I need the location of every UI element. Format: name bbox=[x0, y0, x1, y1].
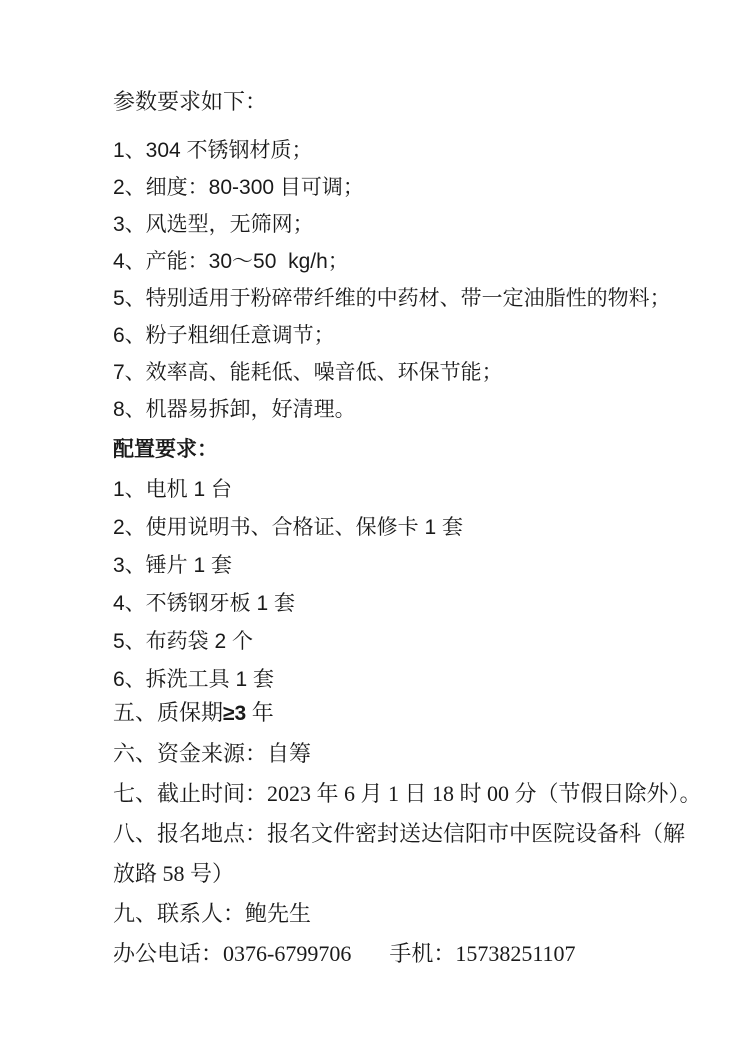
param-item-2: 2、细度：80-300 目可调； bbox=[113, 169, 672, 206]
section-clauses: 五、质保期≥3 年 六、资金来源：自筹 七、截止时间：2023 年 6 月 1 … bbox=[113, 693, 672, 974]
clause-deadline: 七、截止时间：2023 年 6 月 1 日 18 时 00 分（节假日除外）。 bbox=[113, 774, 672, 814]
config-heading: 配置要求： bbox=[113, 434, 672, 466]
params-heading: 参数要求如下： bbox=[113, 86, 672, 118]
param-item-1: 1、304 不锈钢材质； bbox=[113, 132, 672, 169]
clause-funding-source: 六、资金来源：自筹 bbox=[113, 734, 672, 774]
warranty-suffix: 年 bbox=[246, 700, 274, 725]
config-item-5: 5、布药袋 2 个 bbox=[113, 623, 672, 661]
office-phone-number: 0376-6799706 bbox=[223, 941, 351, 966]
param-item-6: 6、粉子粗细任意调节； bbox=[113, 317, 672, 354]
config-item-1: 1、电机 1 台 bbox=[113, 471, 672, 509]
config-item-3: 3、锤片 1 套 bbox=[113, 547, 672, 585]
section-configuration-requirements: 配置要求： 1、电机 1 台 2、使用说明书、合格证、保修卡 1 套 3、锤片 … bbox=[113, 434, 672, 699]
warranty-value: ≥3 bbox=[223, 702, 246, 725]
document-page: 参数要求如下： 1、304 不锈钢材质； 2、细度：80-300 目可调； 3、… bbox=[0, 0, 750, 1060]
param-item-7: 7、效率高、能耗低、噪音低、环保节能； bbox=[113, 354, 672, 391]
mobile-phone-number: 15738251107 bbox=[455, 941, 575, 966]
param-item-5: 5、特别适用于粉碎带纤维的中药材、带一定油脂性的物料； bbox=[113, 280, 672, 317]
warranty-prefix: 五、质保期 bbox=[113, 700, 223, 725]
param-item-8: 8、机器易拆卸，好清理。 bbox=[113, 391, 672, 428]
clause-registration-address-line1: 八、报名地点：报名文件密封送达信阳市中医院设备科（解 bbox=[113, 814, 672, 854]
clause-registration-address-line2: 放路 58 号） bbox=[113, 854, 672, 894]
config-item-2: 2、使用说明书、合格证、保修卡 1 套 bbox=[113, 509, 672, 547]
param-item-4: 4、产能：30～50 kg/h； bbox=[113, 243, 672, 280]
office-phone-label: 办公电话： bbox=[113, 941, 223, 966]
phone-line: 办公电话：0376-6799706手机：15738251107 bbox=[113, 934, 672, 974]
clause-warranty: 五、质保期≥3 年 bbox=[113, 693, 672, 734]
section-parameter-requirements: 参数要求如下： 1、304 不锈钢材质； 2、细度：80-300 目可调； 3、… bbox=[113, 86, 672, 428]
mobile-phone-label: 手机： bbox=[389, 941, 455, 966]
config-item-4: 4、不锈钢牙板 1 套 bbox=[113, 585, 672, 623]
param-item-3: 3、风选型，无筛网； bbox=[113, 206, 672, 243]
clause-contact-person: 九、联系人：鲍先生 bbox=[113, 894, 672, 934]
